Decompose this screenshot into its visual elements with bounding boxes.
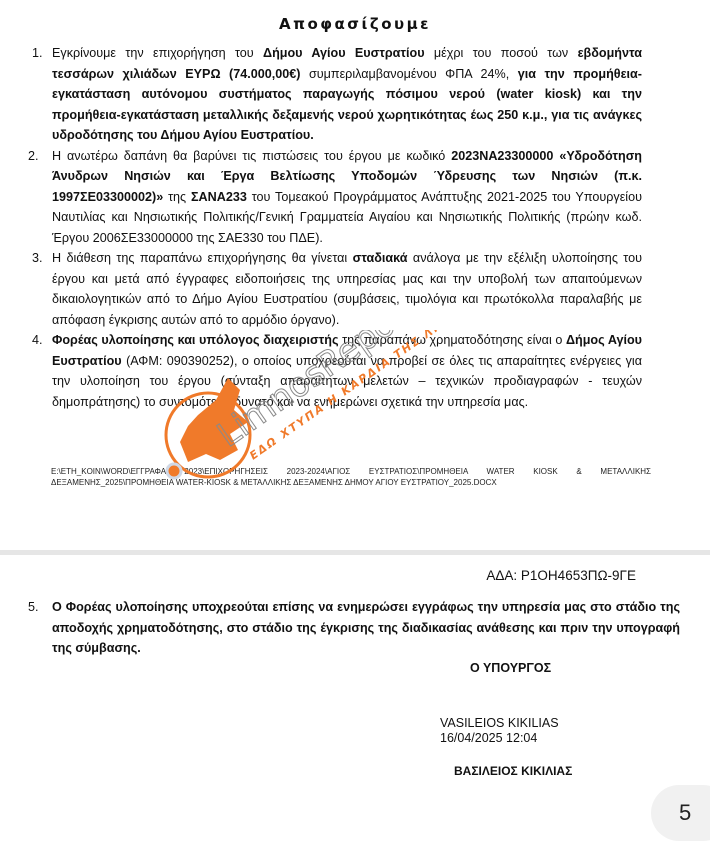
document-page-4-bottom: … … … … … … … … … … … … … … … Αποφασίζου… (0, 0, 710, 550)
item-number: 3. (32, 248, 43, 269)
text-run: μέχρι του ποσού των (425, 46, 578, 60)
decision-item-4: 4. Φορέας υλοποίησης και υπόλογος διαχει… (24, 330, 642, 412)
item-text: Φορέας υλοποίησης και υπόλογος διαχειρισ… (52, 330, 642, 412)
ada-code: ΑΔΑ: Ρ1ΟΗ4653ΠΩ-9ΓΕ (486, 568, 636, 583)
text-run: Εγκρίνουμε την επιχορήγηση του (52, 46, 263, 60)
text-run: συμπεριλαμβανομένου ΦΠΑ 24%, (300, 67, 517, 81)
item-number: 4. (32, 330, 43, 351)
decision-item-3: 3. Η διάθεση της παραπάνω επιχορήγησης θ… (24, 248, 642, 330)
text-run: Η διάθεση της παραπάνω επιχορήγησης θα γ… (52, 251, 353, 265)
bold-text-run: Φορέας υλοποίησης και υπόλογος διαχειρισ… (52, 333, 339, 347)
item-number: 1. (32, 43, 43, 64)
page-number-indicator[interactable]: 5 (651, 785, 710, 841)
item-text: Ο Φορέας υλοποίησης υποχρεούται επίσης ν… (52, 600, 680, 655)
text-run: της παραπάνω χρηματοδότησης είναι ο (339, 333, 566, 347)
text-run: Η ανωτέρω δαπάνη θα βαρύνει τις πιστώσει… (52, 149, 451, 163)
bold-text-run: σταδιακά (353, 251, 408, 265)
decision-items: 1. Εγκρίνουμε την επιχορήγηση του Δήμου … (24, 43, 642, 412)
cut-off-text-line: … … … … … … … … … … … … … … … (65, 0, 485, 3)
file-path-footer: E:\ETH_KOIN\WORD\ΕΓΓΡΑΦΑ 2023\ΕΠΙΧΟΡΗΓΗΣ… (51, 466, 651, 488)
text-run: (ΑΦΜ: 090390252), ο οποίος υποχρεούται ν… (52, 354, 642, 409)
decision-item-2: 2. Η ανωτέρω δαπάνη θα βαρύνει τις πιστώ… (24, 146, 642, 249)
decision-item-5: 5. Ο Φορέας υλοποίησης υποχρεούται επίση… (24, 597, 680, 659)
item-text: Εγκρίνουμε την επιχορήγηση του Δήμου Αγί… (52, 43, 642, 146)
item-text: Η διάθεση της παραπάνω επιχορήγησης θα γ… (52, 248, 642, 330)
bold-text-run: Δήμου Αγίου Ευστρατίου (263, 46, 425, 60)
text-run: της (163, 190, 191, 204)
item-number: 2. (28, 146, 39, 167)
decision-heading: Αποφασίζουμε (0, 15, 710, 33)
document-page-5-top: ΑΔΑ: Ρ1ΟΗ4653ΠΩ-9ΓΕ 5. Ο Φορέας υλοποίησ… (0, 555, 710, 843)
bold-text-run: ΣΑΝΑ233 (191, 190, 247, 204)
digital-signature-date: 16/04/2025 12:04 (440, 731, 537, 746)
signatory-name: ΒΑΣΙΛΕΙΟΣ ΚΙΚΙΛΙΑΣ (454, 764, 572, 778)
page-number-text: 5 (679, 800, 691, 826)
digital-signature-name: VASILEIOS KIKILIAS (440, 716, 559, 731)
minister-title: Ο ΥΠΟΥΡΓΟΣ (470, 661, 551, 675)
item-text: Η ανωτέρω δαπάνη θα βαρύνει τις πιστώσει… (52, 146, 642, 249)
decision-item-1: 1. Εγκρίνουμε την επιχορήγηση του Δήμου … (24, 43, 642, 146)
item-number: 5. (28, 597, 39, 618)
